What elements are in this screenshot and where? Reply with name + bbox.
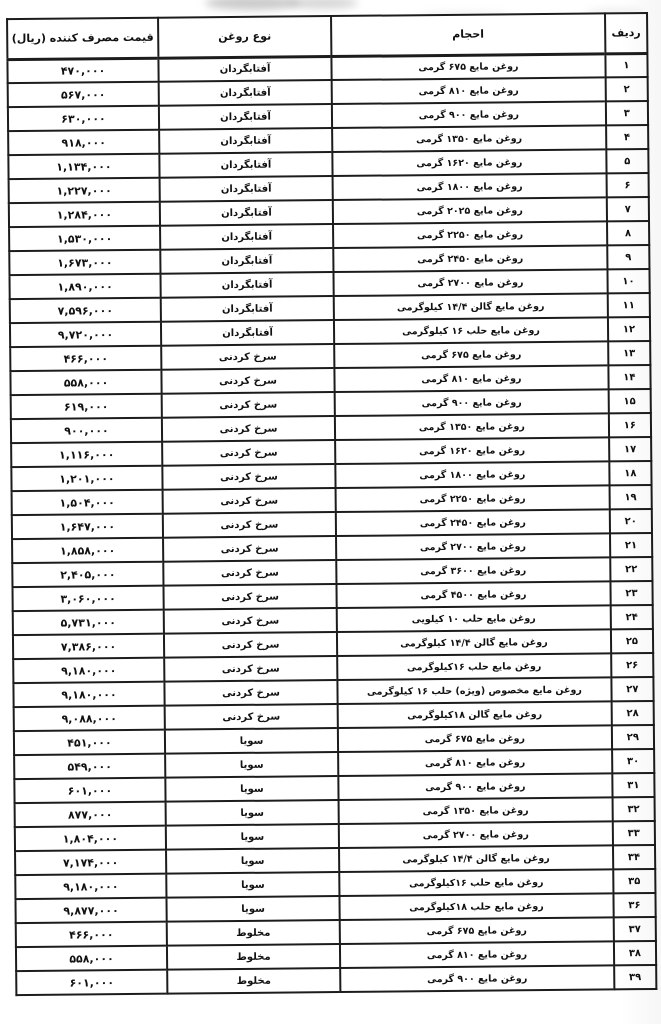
cell-item: روغن مایع ۸۱۰ گرمی xyxy=(332,77,606,104)
cell-row-number: ۳۲ xyxy=(612,797,654,821)
cell-item: روغن مایع ۴۵۰۰ گرمی xyxy=(337,581,611,608)
cell-price: ۵,۷۳۱,۰۰۰ xyxy=(13,610,164,635)
cell-item: روغن مایع حلب ۱۶ کیلوگرمی xyxy=(334,317,608,344)
cell-price: ۶۰۱,۰۰۰ xyxy=(16,970,167,995)
cell-row-number: ۵ xyxy=(606,149,648,173)
cell-oil-type: آفتابگردان xyxy=(158,56,331,82)
cell-oil-type: آفتابگردان xyxy=(160,176,333,202)
cell-item: روغن مایع ۱۳۵۰ گرمی xyxy=(332,125,606,152)
cell-row-number: ۲۸ xyxy=(611,701,653,725)
cell-item: روغن مایع ۱۸۰۰ گرمی xyxy=(333,173,607,200)
cell-item: روغن مایع مخصوص (ویژه) حلب ۱۶ کیلوگرمی xyxy=(337,677,611,704)
cell-price: ۴۷۰,۰۰۰ xyxy=(7,58,158,83)
cell-oil-type: سرخ کردنی xyxy=(163,584,336,610)
cell-row-number: ۲۲ xyxy=(610,557,652,581)
cell-row-number: ۲۹ xyxy=(612,725,654,749)
cell-row-number: ۱۷ xyxy=(609,437,651,461)
cell-item: روغن مایع ۱۳۵۰ گرمی xyxy=(339,797,613,824)
header-row: ردیف احجام نوع روغن قیمت مصرف کننده (ریا… xyxy=(7,13,647,59)
cell-oil-type: آفتابگردان xyxy=(161,296,334,322)
cell-item: روغن مایع ۶۷۵ گرمی xyxy=(334,341,608,368)
cell-item: روغن مایع ۸۱۰ گرمی xyxy=(338,749,612,776)
cell-row-number: ۱۴ xyxy=(608,365,650,389)
cell-price: ۸۷۷,۰۰۰ xyxy=(15,802,166,827)
cell-oil-type: سویا xyxy=(166,848,339,874)
cell-oil-type: مخلوط xyxy=(167,944,340,970)
cell-item: روغن مایع گالن ۱۴/۴ کیلوگرمی xyxy=(339,845,613,872)
table-header: ردیف احجام نوع روغن قیمت مصرف کننده (ریا… xyxy=(7,13,647,59)
cell-price: ۴۶۶,۰۰۰ xyxy=(10,346,161,371)
cell-oil-type: آفتابگردان xyxy=(160,224,333,250)
cell-oil-type: سویا xyxy=(165,728,338,754)
cell-item: روغن مایع ۸۱۰ گرمی xyxy=(334,365,608,392)
cell-row-number: ۲ xyxy=(605,77,647,101)
cell-oil-type: سرخ کردنی xyxy=(164,656,337,682)
cell-row-number: ۳ xyxy=(606,101,648,125)
cell-item: روغن مایع ۲۷۰۰ گرمی xyxy=(334,269,608,296)
cell-item: روغن مایع ۸۱۰ گرمی xyxy=(340,941,614,968)
cell-price: ۱,۸۰۴,۰۰۰ xyxy=(15,826,166,851)
cell-oil-type: سویا xyxy=(165,776,338,802)
cell-item: روغن مایع ۲۴۵۰ گرمی xyxy=(333,245,607,272)
cell-oil-type: سرخ کردنی xyxy=(162,392,335,418)
cell-item: روغن مایع حلب ۱۸کیلوگرمی xyxy=(340,893,614,920)
cell-price: ۴۵۱,۰۰۰ xyxy=(14,730,165,755)
oil-price-table: ردیف احجام نوع روغن قیمت مصرف کننده (ریا… xyxy=(6,12,657,996)
cell-price: ۱,۲۲۷,۰۰۰ xyxy=(9,178,160,203)
cell-oil-type: سرخ کردنی xyxy=(164,680,337,706)
cell-price: ۹۱۸,۰۰۰ xyxy=(8,130,159,155)
cell-oil-type: آفتابگردان xyxy=(161,320,334,346)
cell-price: ۵۴۹,۰۰۰ xyxy=(14,754,165,779)
table-row: ۳۹ روغن مایع ۹۰۰ گرمی مخلوط ۶۰۱,۰۰۰ xyxy=(16,965,656,995)
cell-oil-type: سرخ کردنی xyxy=(163,488,336,514)
cell-oil-type: سرخ کردنی xyxy=(161,368,334,394)
cell-oil-type: آفتابگردان xyxy=(160,248,333,274)
cell-oil-type: آفتابگردان xyxy=(159,80,332,106)
header-consumer-price: قیمت مصرف کننده (ریال) xyxy=(7,18,158,59)
cell-oil-type: مخلوط xyxy=(167,968,340,994)
cell-oil-type: سرخ کردنی xyxy=(162,464,335,490)
cell-row-number: ۲۷ xyxy=(611,677,653,701)
cell-item: روغن مایع حلب ۱۰ کیلویی xyxy=(337,605,611,632)
header-row-number: ردیف xyxy=(605,13,648,53)
cell-price: ۹,۷۲۰,۰۰۰ xyxy=(10,322,161,347)
cell-price: ۹,۱۸۰,۰۰۰ xyxy=(15,874,166,899)
cell-price: ۷,۱۷۴,۰۰۰ xyxy=(15,850,166,875)
cell-item: روغن مایع ۶۷۵ گرمی xyxy=(338,725,612,752)
cell-item: روغن مایع گالن ۱۴/۴ کیلوگرمی xyxy=(337,629,611,656)
scan-smudge xyxy=(288,0,358,9)
cell-price: ۱,۸۵۸,۰۰۰ xyxy=(12,538,163,563)
cell-price: ۱,۱۳۴,۰۰۰ xyxy=(8,154,159,179)
cell-item: روغن مایع حلب ۱۶کیلوگرمی xyxy=(337,653,611,680)
oil-price-table-wrapper: ردیف احجام نوع روغن قیمت مصرف کننده (ریا… xyxy=(6,12,657,996)
cell-oil-type: سرخ کردنی xyxy=(164,632,337,658)
cell-price: ۹,۱۸۰,۰۰۰ xyxy=(13,658,164,683)
cell-price: ۱,۵۰۴,۰۰۰ xyxy=(12,490,163,515)
cell-price: ۲,۴۰۵,۰۰۰ xyxy=(12,562,163,587)
cell-row-number: ۱ xyxy=(605,53,647,77)
cell-price: ۱,۱۱۶,۰۰۰ xyxy=(11,442,162,467)
cell-oil-type: سرخ کردنی xyxy=(162,440,335,466)
cell-oil-type: سویا xyxy=(166,824,339,850)
cell-price: ۵۶۷,۰۰۰ xyxy=(8,82,159,107)
cell-price: ۶۳۰,۰۰۰ xyxy=(8,106,159,131)
cell-oil-type: آفتابگردان xyxy=(159,128,332,154)
cell-price: ۱,۶۷۳,۰۰۰ xyxy=(9,250,160,275)
cell-item: روغن مایع ۹۰۰ گرمی xyxy=(335,389,609,416)
cell-item: روغن مایع ۲۲۵۰ گرمی xyxy=(333,221,607,248)
cell-price: ۱,۲۰۱,۰۰۰ xyxy=(11,466,162,491)
cell-price: ۵۵۸,۰۰۰ xyxy=(10,370,161,395)
cell-oil-type: آفتابگردان xyxy=(160,272,333,298)
cell-row-number: ۲۶ xyxy=(611,653,653,677)
cell-row-number: ۲۱ xyxy=(610,533,652,557)
cell-item: روغن مایع ۱۶۲۰ گرمی xyxy=(332,149,606,176)
cell-item: روغن مایع ۲۷۰۰ گرمی xyxy=(336,533,610,560)
cell-oil-type: آفتابگردان xyxy=(160,200,333,226)
cell-oil-type: سویا xyxy=(166,872,339,898)
cell-price: ۶۰۱,۰۰۰ xyxy=(14,778,165,803)
cell-oil-type: سرخ کردنی xyxy=(163,512,336,538)
cell-item: روغن مایع گالن ۱۴/۴ کیلوگرمی xyxy=(334,293,608,320)
cell-row-number: ۳۴ xyxy=(613,845,655,869)
cell-row-number: ۲۰ xyxy=(610,509,652,533)
table-body: ۱ روغن مایع ۶۷۵ گرمی آفتابگردان ۴۷۰,۰۰۰ … xyxy=(7,53,656,995)
cell-oil-type: سویا xyxy=(165,752,338,778)
cell-row-number: ۲۴ xyxy=(610,605,652,629)
cell-row-number: ۳۰ xyxy=(612,749,654,773)
scan-smudge xyxy=(205,0,300,10)
cell-row-number: ۷ xyxy=(607,197,649,221)
cell-price: ۱,۲۸۴,۰۰۰ xyxy=(9,202,160,227)
cell-oil-type: سرخ کردنی xyxy=(161,344,334,370)
cell-row-number: ۱۶ xyxy=(609,413,651,437)
header-oil-type: نوع روغن xyxy=(158,16,331,58)
cell-oil-type: سویا xyxy=(166,800,339,826)
cell-price: ۹,۸۷۷,۰۰۰ xyxy=(15,898,166,923)
cell-item: روغن مایع ۹۰۰ گرمی xyxy=(340,965,614,992)
cell-price: ۳,۰۶۰,۰۰۰ xyxy=(12,586,163,611)
cell-row-number: ۱۳ xyxy=(608,341,650,365)
cell-price: ۷,۳۸۶,۰۰۰ xyxy=(13,634,164,659)
cell-row-number: ۳۹ xyxy=(614,965,656,989)
cell-price: ۵۵۸,۰۰۰ xyxy=(16,946,167,971)
cell-item: روغن مایع ۲۷۰۰ گرمی xyxy=(339,821,613,848)
cell-item: روغن مایع ۶۷۵ گرمی xyxy=(331,53,605,80)
cell-price: ۹۰۰,۰۰۰ xyxy=(11,418,162,443)
cell-row-number: ۳۱ xyxy=(612,773,654,797)
cell-price: ۱,۸۹۰,۰۰۰ xyxy=(9,274,160,299)
cell-oil-type: سرخ کردنی xyxy=(163,536,336,562)
cell-item: روغن مایع ۳۶۰۰ گرمی xyxy=(336,557,610,584)
cell-row-number: ۲۳ xyxy=(610,581,652,605)
cell-row-number: ۳۸ xyxy=(614,941,656,965)
cell-price: ۱,۵۳۰,۰۰۰ xyxy=(9,226,160,251)
cell-row-number: ۴ xyxy=(606,125,648,149)
cell-oil-type: سرخ کردنی xyxy=(163,560,336,586)
cell-item: روغن مایع گالن ۱۸کیلوگرمی xyxy=(338,701,612,728)
cell-price: ۹,۰۸۸,۰۰۰ xyxy=(14,706,165,731)
cell-price: ۹,۱۸۰,۰۰۰ xyxy=(13,682,164,707)
cell-oil-type: سرخ کردنی xyxy=(165,704,338,730)
cell-item: روغن مایع ۹۰۰ گرمی xyxy=(338,773,612,800)
cell-row-number: ۶ xyxy=(606,173,648,197)
cell-row-number: ۱۲ xyxy=(608,317,650,341)
cell-price: ۶۱۹,۰۰۰ xyxy=(11,394,162,419)
cell-row-number: ۱۸ xyxy=(609,461,651,485)
header-items: احجام xyxy=(331,13,605,56)
cell-oil-type: سویا xyxy=(166,896,339,922)
cell-price: ۱,۶۴۷,۰۰۰ xyxy=(12,514,163,539)
cell-row-number: ۱۱ xyxy=(607,293,649,317)
cell-row-number: ۳۵ xyxy=(613,869,655,893)
cell-row-number: ۳۶ xyxy=(613,893,655,917)
cell-item: روغن مایع ۱۸۰۰ گرمی xyxy=(335,461,609,488)
cell-row-number: ۳۷ xyxy=(613,917,655,941)
cell-oil-type: سرخ کردنی xyxy=(164,608,337,634)
cell-price: ۴۶۶,۰۰۰ xyxy=(16,922,167,947)
cell-row-number: ۳۳ xyxy=(613,821,655,845)
cell-item: روغن مایع ۱۶۲۰ گرمی xyxy=(335,437,609,464)
cell-row-number: ۱۰ xyxy=(607,269,649,293)
cell-oil-type: آفتابگردان xyxy=(159,104,332,130)
cell-row-number: ۲۵ xyxy=(611,629,653,653)
cell-item: روغن مایع حلب ۱۶کیلوگرمی xyxy=(339,869,613,896)
cell-row-number: ۱۹ xyxy=(609,485,651,509)
cell-oil-type: سرخ کردنی xyxy=(162,416,335,442)
cell-item: روغن مایع ۲۰۲۵ گرمی xyxy=(333,197,607,224)
cell-item: روغن مایع ۶۷۵ گرمی xyxy=(340,917,614,944)
cell-price: ۷,۵۹۶,۰۰۰ xyxy=(10,298,161,323)
cell-item: روغن مایع ۹۰۰ گرمی xyxy=(332,101,606,128)
cell-row-number: ۱۵ xyxy=(608,389,650,413)
cell-oil-type: آفتابگردان xyxy=(159,152,332,178)
scanned-price-list-page: ردیف احجام نوع روغن قیمت مصرف کننده (ریا… xyxy=(0,0,661,1024)
cell-item: روغن مایع ۲۴۵۰ گرمی xyxy=(336,509,610,536)
cell-row-number: ۸ xyxy=(607,221,649,245)
cell-item: روغن مایع ۱۳۵۰ گرمی xyxy=(335,413,609,440)
cell-oil-type: مخلوط xyxy=(167,920,340,946)
cell-row-number: ۹ xyxy=(607,245,649,269)
cell-item: روغن مایع ۲۲۵۰ گرمی xyxy=(336,485,610,512)
